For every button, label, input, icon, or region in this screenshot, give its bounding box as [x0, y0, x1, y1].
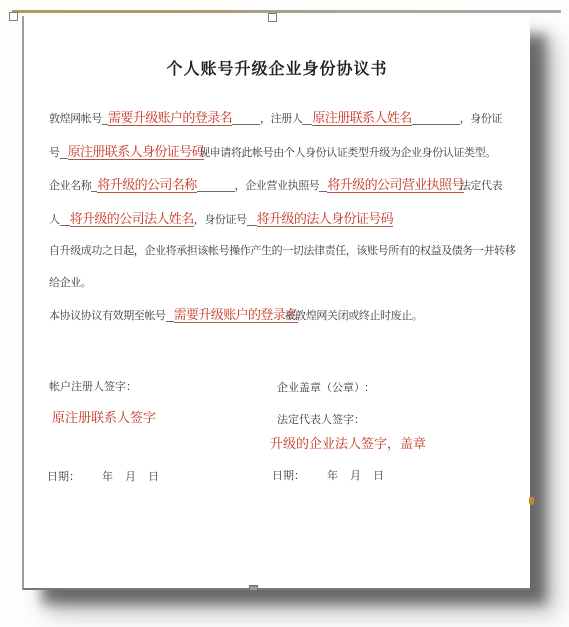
paragraph-line: 企业名称将升级的公司名称，企业营业执照号将升级的公司营业执照号法定代表 — [49, 169, 524, 203]
scan-artifact-dot — [529, 497, 534, 505]
body-text: 现申请将此帐号由个人身份认证类型升级为企业身份认证类型。 — [199, 147, 496, 159]
fill-in-text: 将升级的法人身份证号码 — [257, 211, 393, 227]
fill-in-text: 需要升级账户的登录名 — [174, 307, 298, 323]
body-text: 给企业。 — [49, 277, 91, 289]
fill-in-text: 将升级的公司名称 — [97, 177, 196, 193]
fill-in-text: 原注册联系人身份证号码 — [68, 144, 204, 160]
paragraph-line: 人将升级的公司法人姓名，身份证号将升级的法人身份证号码 — [49, 203, 524, 237]
resize-handle-bottom-center[interactable] — [249, 585, 258, 591]
legal-representative-signature-fill: 升级的企业法人签字，盖章 — [270, 433, 426, 452]
fill-in-text: 需要升级账户的登录名 — [108, 110, 232, 126]
body-text: 自升级成功之日起，企业将承担该帐号操作产生的一切法律责任，该账号所有的权益及债务… — [49, 245, 515, 257]
body-text: 本协议协议有效期至帐号 — [49, 310, 166, 322]
fill-in-blank — [247, 210, 257, 226]
fill-in-blank — [197, 176, 235, 192]
agreement-paragraph: 敦煌网帐号需要升级账户的登录名，注册人原注册联系人姓名，身份证号原注册联系人身份… — [49, 102, 524, 333]
body-text: ，身份证 — [460, 113, 502, 125]
body-text: ，注册人 — [260, 113, 302, 125]
document-title: 个人账号升级企业身份协议书 — [24, 56, 530, 79]
resize-handle-top-left[interactable] — [9, 12, 18, 21]
date-fields: 年 月 日 — [102, 471, 159, 483]
body-text: ，身份证号 — [194, 214, 247, 226]
paragraph-line: 号原注册联系人身份证号码现申请将此帐号由个人身份认证类型升级为企业身份认证类型。 — [49, 136, 524, 170]
date-line-left: 日期：年 月 日 — [47, 468, 159, 484]
body-text: 人 — [49, 214, 60, 226]
account-registrant-signature-label: 帐户注册人签字： — [49, 378, 137, 394]
fill-in-blank — [412, 109, 460, 125]
resize-handle-top-center[interactable] — [268, 13, 277, 22]
body-text: 被敦煌网关闭或终止时废止。 — [285, 310, 423, 322]
fill-in-blank — [60, 143, 68, 159]
date-label: 日期： — [47, 471, 80, 483]
picture-top-border-line — [12, 10, 561, 13]
fill-in-text: 原注册联系人姓名 — [312, 110, 411, 126]
paragraph-line: 给企业。 — [49, 268, 524, 300]
date-fields: 年 月 日 — [327, 470, 384, 482]
agreement-page-image[interactable]: 个人账号升级企业身份协议书 敦煌网帐号需要升级账户的登录名，注册人原注册联系人姓… — [22, 16, 530, 590]
body-text: 号 — [49, 147, 60, 159]
fill-in-text: 将升级的公司营业执照号 — [327, 177, 463, 193]
paragraph-line: 敦煌网帐号需要升级账户的登录名，注册人原注册联系人姓名，身份证 — [49, 102, 524, 136]
fill-in-blank — [232, 109, 260, 125]
body-text: 企业名称 — [49, 180, 91, 192]
paragraph-line: 本协议协议有效期至帐号需要升级账户的登录名被敦煌网关闭或终止时废止。 — [49, 299, 524, 333]
body-text: ，企业营业执照号 — [235, 180, 320, 192]
fill-in-text: 将升级的公司法人姓名 — [70, 211, 194, 227]
paragraph-line: 自升级成功之日起，企业将承担该帐号操作产生的一切法律责任，该账号所有的权益及债务… — [49, 236, 524, 268]
body-text: 法定代表 — [460, 180, 502, 192]
date-label: 日期： — [272, 470, 305, 482]
fill-in-blank — [302, 109, 312, 125]
date-line-right: 日期：年 月 日 — [272, 467, 384, 483]
fill-in-blank — [60, 210, 70, 226]
company-seal-label: 企业盖章（公章）: — [277, 379, 368, 395]
account-registrant-signature-fill: 原注册联系人签字 — [52, 407, 156, 426]
body-text: 敦煌网帐号 — [49, 113, 102, 125]
fill-in-blank — [166, 306, 174, 322]
legal-representative-signature-label: 法定代表人签字： — [277, 411, 365, 427]
